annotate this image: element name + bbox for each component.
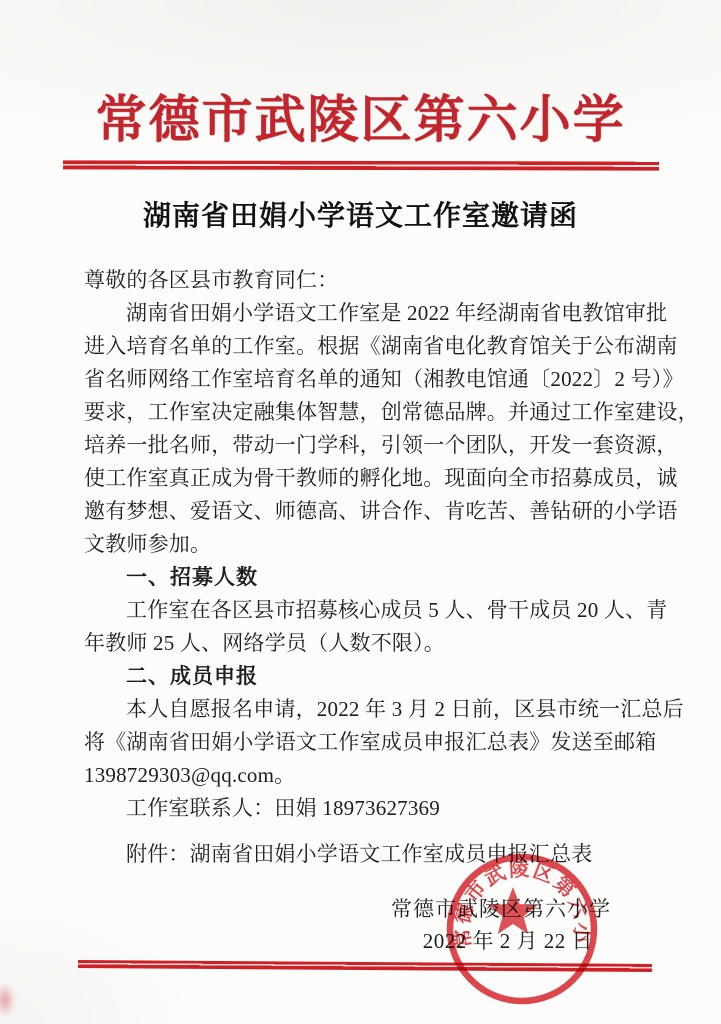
body-line: 培养一批名师，带动一门学科，引领一个团队，开发一套资源， bbox=[84, 429, 656, 462]
body-line: 1398729303@qq.com。 bbox=[84, 759, 656, 792]
body-line: 湖南省田娟小学语文工作室是 2022 年经湖南省电教馆审批 bbox=[84, 297, 656, 330]
letterhead-school-name: 常德市武陵区第六小学 bbox=[0, 78, 721, 152]
scan-ink-smudge bbox=[0, 978, 18, 1022]
body-line: 要求，工作室决定融集体智慧，创常德品牌。并通过工作室建设， bbox=[84, 396, 656, 429]
body-line: 将《湖南省田娟小学语文工作室成员申报汇总表》发送至邮箱 bbox=[84, 726, 656, 759]
body-line: 尊敬的各区县市教育同仁： bbox=[84, 264, 656, 297]
body-line: 邀有梦想、爱语文、师德高、讲合作、肯吃苦、善钻研的小学语 bbox=[84, 495, 656, 528]
scanned-letter-page: 常德市武陵区第六小学 湖南省田娟小学语文工作室邀请函 尊敬的各区县市教育同仁：湖… bbox=[0, 0, 721, 1024]
section-heading: 二、成员申报 bbox=[84, 660, 656, 693]
body-line: 工作室联系人：田娟 18973627369 bbox=[84, 792, 656, 825]
svg-text:常德市武陵区第六小学: 常德市武陵区第六小学 bbox=[427, 834, 593, 950]
body-line: 省名师网络工作室培育名单的通知（湘教电馆通〔2022〕2 号）》 bbox=[84, 363, 656, 396]
body-line: 使工作室真正成为骨干教师的孵化地。现面向全市招募成员，诚 bbox=[84, 462, 656, 495]
letterhead-divider-line bbox=[63, 160, 659, 170]
body-text: 尊敬的各区县市教育同仁：湖南省田娟小学语文工作室是 2022 年经湖南省电教馆审… bbox=[84, 264, 656, 825]
seal-arc-text: 常德市武陵区第六小学 bbox=[427, 834, 593, 950]
body-line: 年教师 25 人、网络学员（人数不限）。 bbox=[84, 627, 656, 660]
official-seal-stamp: 常德市武陵区第六小学 bbox=[427, 834, 617, 1024]
star-icon bbox=[488, 887, 537, 934]
body-line: 文教师参加。 bbox=[84, 528, 656, 561]
body-line: 工作室在各区县市招募核心成员 5 人、骨干成员 20 人、青 bbox=[84, 594, 656, 627]
body-line: 进入培育名单的工作室。根据《湖南省电化教育馆关于公布湖南 bbox=[84, 330, 656, 363]
section-heading: 一、招募人数 bbox=[84, 561, 656, 594]
body-line: 本人自愿报名申请，2022 年 3 月 2 日前，区县市统一汇总后 bbox=[84, 693, 656, 726]
document-title: 湖南省田娟小学语文工作室邀请函 bbox=[0, 194, 721, 234]
